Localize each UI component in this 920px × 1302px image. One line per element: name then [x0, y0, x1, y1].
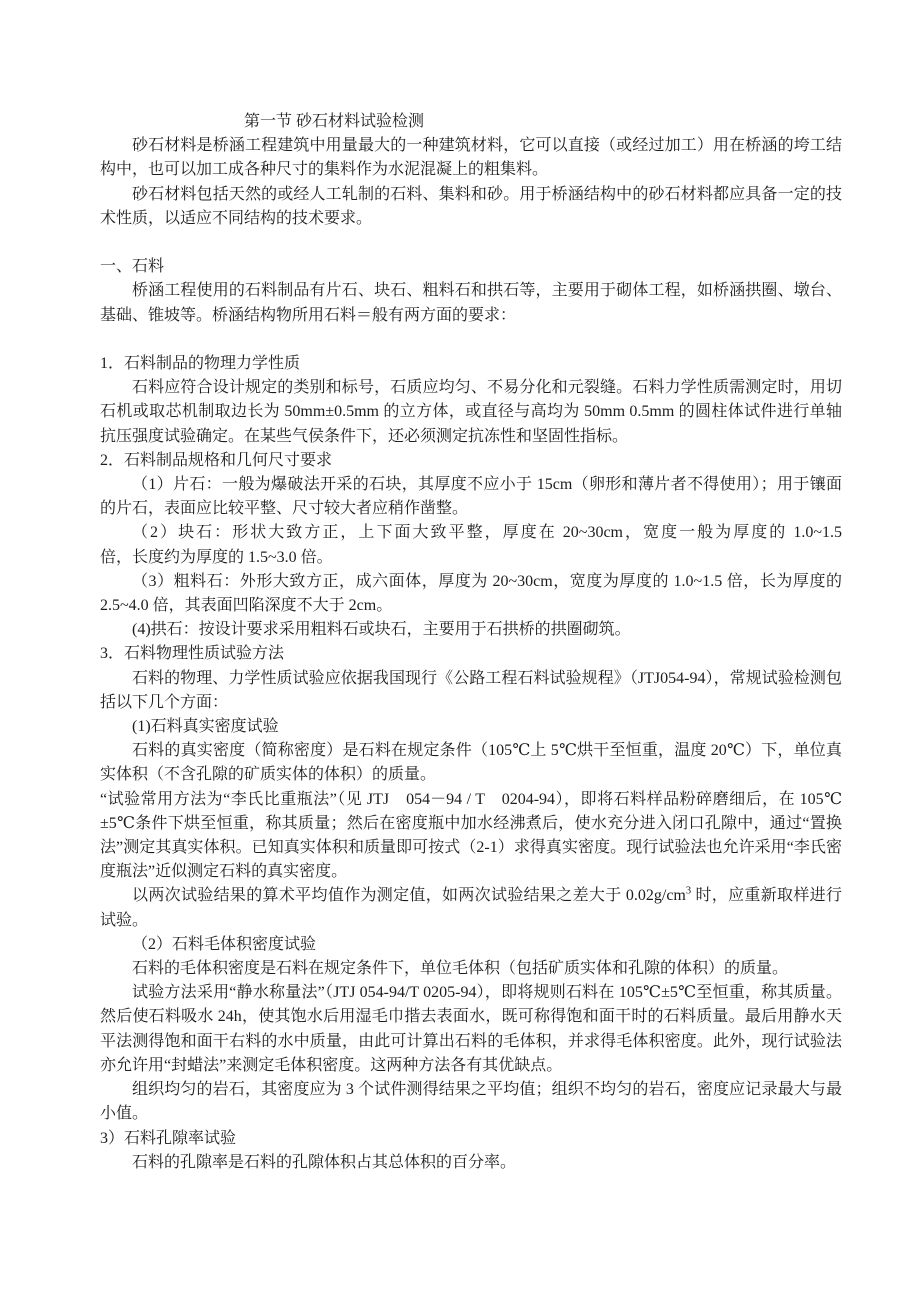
section-heading: 3）石料孔隙率试验 [100, 1127, 842, 1151]
text-run: 组织均匀的岩石，其密度应为 3 个试件测得结果之平均值；组织不均匀的岩石，密度应… [100, 1081, 842, 1122]
paragraph: (1)石料真实密度试验 [100, 715, 842, 739]
text-run: （1）片石：一般为爆破法开采的石块，其厚度不应小于 15cm（卵形和薄片者不得使… [100, 476, 842, 517]
text-run: （3）粗料石：外形大致方正，成六面体，厚度为 20~30cm，宽度为厚度的 1.… [100, 573, 842, 614]
section-heading: 一、石料 [100, 255, 842, 279]
text-run: 以两次试验结果的算术平均值作为测定值，如两次试验结果之差大于 0.02g/cm [132, 887, 686, 904]
paragraph: (4)拱石：按设计要求采用粗料石或块石，主要用于石拱桥的拱圈砌筑。 [100, 618, 842, 642]
text-run: （2）块石：形状大致方正，上下面大致平整，厚度在 20~30cm，宽度一般为厚度… [100, 524, 906, 565]
blank-line [100, 231, 842, 255]
paragraph: （1）片石：一般为爆破法开采的石块，其厚度不应小于 15cm（卵形和薄片者不得使… [100, 473, 842, 521]
text-run: 石料的物理、力学性质试验应依据我国现行《公路工程石料试验规程》（JTJ054-9… [100, 670, 842, 711]
paragraph: 砂石材料是桥涵工程建筑中用量最大的一种建筑材料，它可以直接（或经过加工）用在桥涵… [100, 134, 842, 182]
paragraph: 组织均匀的岩石，其密度应为 3 个试件测得结果之平均值；组织不均匀的岩石，密度应… [100, 1078, 842, 1126]
text-run: 第一节 砂石材料试验检测 [244, 113, 424, 130]
text-run: 1．石料制品的物理力学性质 [100, 355, 300, 372]
paragraph: 桥涵工程使用的石料制品有片石、块石、粗料石和拱石等，主要用于砌体工程，如桥涵拱圈… [100, 279, 842, 327]
text-run: 3．石料物理性质试验方法 [100, 645, 284, 662]
text-run: 3）石料孔隙率试验 [100, 1130, 236, 1147]
text-run: 桥涵工程使用的石料制品有片石、块石、粗料石和拱石等，主要用于砌体工程，如桥涵拱圈… [100, 282, 842, 323]
text-run: 2．石料制品规格和几何尺寸要求 [100, 452, 332, 469]
paragraph: 石料的物理、力学性质试验应依据我国现行《公路工程石料试验规程》（JTJ054-9… [100, 667, 842, 715]
paragraph: （3）粗料石：外形大致方正，成六面体，厚度为 20~30cm，宽度为厚度的 1.… [100, 570, 842, 618]
text-run: （2）石料毛体积密度试验 [132, 936, 316, 953]
text-run: 石料的真实密度（简称密度）是石料在规定条件（105℃上 5℃烘干至恒重，温度 2… [100, 742, 842, 783]
paragraph: （2）石料毛体积密度试验 [100, 933, 842, 957]
text-run: 石料应符合设计规定的类别和标号，石质应均匀、不易分化和元裂缝。石料力学性质需测定… [100, 379, 842, 444]
paragraph: 以两次试验结果的算术平均值作为测定值，如两次试验结果之差大于 0.02g/cm3… [100, 884, 842, 932]
text-run: 试验方法采用“静水称量法”（JTJ 054-94/T 0205-94），即将规则… [100, 984, 842, 1074]
document-body: 第一节 砂石材料试验检测砂石材料是桥涵工程建筑中用量最大的一种建筑材料，它可以直… [0, 0, 920, 1175]
text-run: 砂石材料包括天然的或经人工轧制的石料、集料和砂。用于桥涵结构中的砂石材料都应具备… [100, 186, 842, 227]
paragraph: 石料的毛体积密度是石料在规定条件下，单位毛体积（包括矿质实体和孔隙的体积）的质量… [100, 957, 842, 981]
paragraph: 试验方法采用“静水称量法”（JTJ 054-94/T 0205-94），即将规则… [100, 981, 842, 1078]
text-run: “试验常用方法为“李氏比重瓶法”（见 JTJ 054－94 / T 0204-9… [100, 791, 842, 881]
page-title: 第一节 砂石材料试验检测 [100, 110, 842, 134]
paragraph: 砂石材料包括天然的或经人工轧制的石料、集料和砂。用于桥涵结构中的砂石材料都应具备… [100, 183, 842, 231]
page: { "page": { "background": "#ffffff", "te… [0, 0, 920, 1302]
text-run: 砂石材料是桥涵工程建筑中用量最大的一种建筑材料，它可以直接（或经过加工）用在桥涵… [100, 137, 842, 178]
text-run: 石料的毛体积密度是石料在规定条件下，单位毛体积（包括矿质实体和孔隙的体积）的质量… [132, 960, 788, 977]
text-run: 石料的孔隙率是石料的孔隙体积占其总体积的百分率。 [132, 1154, 516, 1171]
paragraph: 石料的孔隙率是石料的孔隙体积占其总体积的百分率。 [100, 1151, 842, 1175]
section-heading: 1．石料制品的物理力学性质 [100, 352, 842, 376]
text-run: 一、石料 [100, 258, 164, 275]
text-run: (1)石料真实密度试验 [132, 718, 279, 735]
section-heading: 3．石料物理性质试验方法 [100, 642, 842, 666]
text-run: (4)拱石：按设计要求采用粗料石或块石，主要用于石拱桥的拱圈砌筑。 [132, 621, 631, 638]
paragraph: 石料的真实密度（简称密度）是石料在规定条件（105℃上 5℃烘干至恒重，温度 2… [100, 739, 842, 787]
section-heading: 2．石料制品规格和几何尺寸要求 [100, 449, 842, 473]
paragraph: “试验常用方法为“李氏比重瓶法”（见 JTJ 054－94 / T 0204-9… [100, 788, 842, 885]
blank-line [100, 328, 842, 352]
document-page: 第一节 砂石材料试验检测砂石材料是桥涵工程建筑中用量最大的一种建筑材料，它可以直… [0, 0, 920, 1302]
paragraph: （2）块石：形状大致方正，上下面大致平整，厚度在 20~30cm，宽度一般为厚度… [100, 521, 842, 569]
paragraph: 石料应符合设计规定的类别和标号，石质应均匀、不易分化和元裂缝。石料力学性质需测定… [100, 376, 842, 449]
